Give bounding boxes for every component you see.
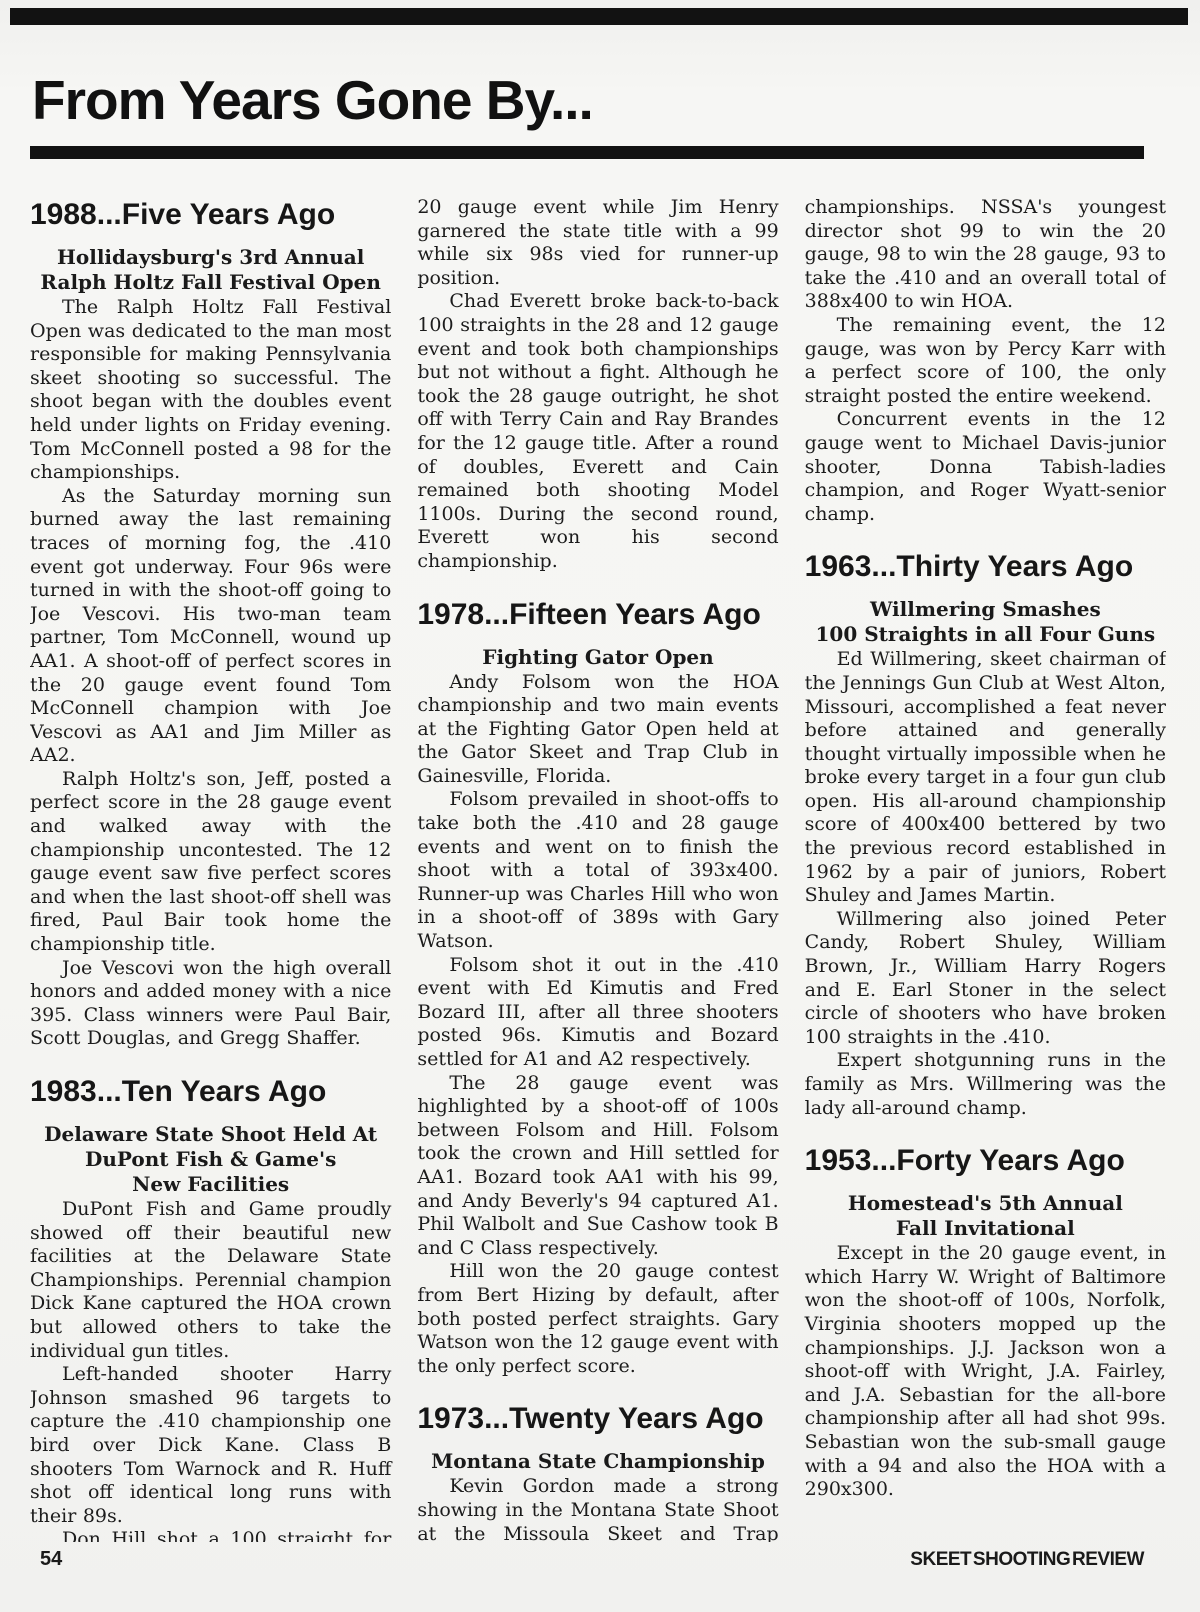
page-number: 54 (40, 1548, 62, 1571)
columns: 1988...Five Years AgoHollidaysburg's 3rd… (30, 196, 1166, 1542)
subhead-line: DuPont Fish & Game's (30, 1147, 391, 1172)
title-rule-bar (30, 146, 1144, 159)
paragraph: Ed Willmering, skeet chairman of the Jen… (805, 648, 1166, 908)
paragraph: The remaining event, the 12 gauge, was w… (805, 314, 1166, 408)
page-footer: 54 SKEET SHOOTING REVIEW (40, 1548, 1144, 1571)
paragraph: Ralph Holtz's son, Jeff, posted a perfec… (30, 768, 391, 957)
column-2: 20 gauge event while Jim Henry garnered … (417, 196, 778, 1542)
paragraph: The Ralph Holtz Fall Festival Open was d… (30, 296, 391, 485)
paragraph: Andy Folsom won the HOA championship and… (417, 671, 778, 789)
column-3: championships. NSSA's youngest director … (805, 196, 1166, 1542)
subhead-line: Hollidaysburg's 3rd Annual (30, 245, 391, 270)
paragraph: Folsom shot it out in the .410 event wit… (417, 954, 778, 1072)
section-heading: 1978...Fifteen Years Ago (417, 598, 778, 631)
paragraph: Joe Vescovi won the high overall honors … (30, 957, 391, 1051)
subhead-line: Homestead's 5th Annual (805, 1191, 1166, 1216)
subhead-line: Delaware State Shoot Held At (30, 1122, 391, 1147)
paragraph: Chad Everett broke back-to-back 100 stra… (417, 290, 778, 573)
section-heading: 1973...Twenty Years Ago (417, 1402, 778, 1435)
paragraph: Kevin Gordon made a strong showing in th… (417, 1475, 778, 1542)
paragraph: The 28 gauge event was highlighted by a … (417, 1072, 778, 1261)
paragraph: Expert shotgunning runs in the family as… (805, 1049, 1166, 1120)
column-1: 1988...Five Years AgoHollidaysburg's 3rd… (30, 196, 391, 1542)
paragraph: Concurrent events in the 12 gauge went t… (805, 408, 1166, 526)
paragraph: Hill won the 20 gauge contest from Bert … (417, 1260, 778, 1378)
article-subhead: Fighting Gator Open (417, 645, 778, 670)
magazine-page: From Years Gone By... 1988...Five Years … (0, 0, 1200, 1612)
paragraph: Except in the 20 gauge event, in which H… (805, 1242, 1166, 1502)
paragraph: championships. NSSA's youngest director … (805, 196, 1166, 314)
article-subhead: Willmering Smashes100 Straights in all F… (805, 597, 1166, 647)
article-subhead: Hollidaysburg's 3rd AnnualRalph Holtz Fa… (30, 245, 391, 295)
section-heading: 1988...Five Years Ago (30, 198, 391, 231)
subhead-line: Montana State Championship (417, 1449, 778, 1474)
paragraph: Willmering also joined Peter Candy, Robe… (805, 908, 1166, 1050)
paragraph: Don Hill shot a 100 straight for out-of-… (30, 1528, 391, 1542)
page-title: From Years Gone By... (32, 72, 1166, 130)
subhead-line: New Facilities (30, 1172, 391, 1197)
section-heading: 1963...Thirty Years Ago (805, 550, 1166, 583)
subhead-line: 100 Straights in all Four Guns (805, 622, 1166, 647)
section-heading: 1983...Ten Years Ago (30, 1075, 391, 1108)
section-heading: 1953...Forty Years Ago (805, 1144, 1166, 1177)
paragraph: Left-handed shooter Harry Johnson smashe… (30, 1363, 391, 1528)
masthead: From Years Gone By... (30, 72, 1166, 159)
subhead-line: Fall Invitational (805, 1216, 1166, 1241)
paragraph: As the Saturday morning sun burned away … (30, 485, 391, 768)
article-subhead: Delaware State Shoot Held AtDuPont Fish … (30, 1122, 391, 1197)
subhead-line: Fighting Gator Open (417, 645, 778, 670)
paragraph: DuPont Fish and Game proudly showed off … (30, 1198, 391, 1363)
paragraph: Folsom prevailed in shoot-offs to take b… (417, 788, 778, 953)
subhead-line: Willmering Smashes (805, 597, 1166, 622)
subhead-line: Ralph Holtz Fall Festival Open (30, 270, 391, 295)
article-subhead: Homestead's 5th AnnualFall Invitational (805, 1191, 1166, 1241)
paragraph: 20 gauge event while Jim Henry garnered … (417, 196, 778, 290)
article-subhead: Montana State Championship (417, 1449, 778, 1474)
magazine-name: SKEET SHOOTING REVIEW (910, 1549, 1144, 1571)
top-rule-bar (10, 8, 1188, 25)
